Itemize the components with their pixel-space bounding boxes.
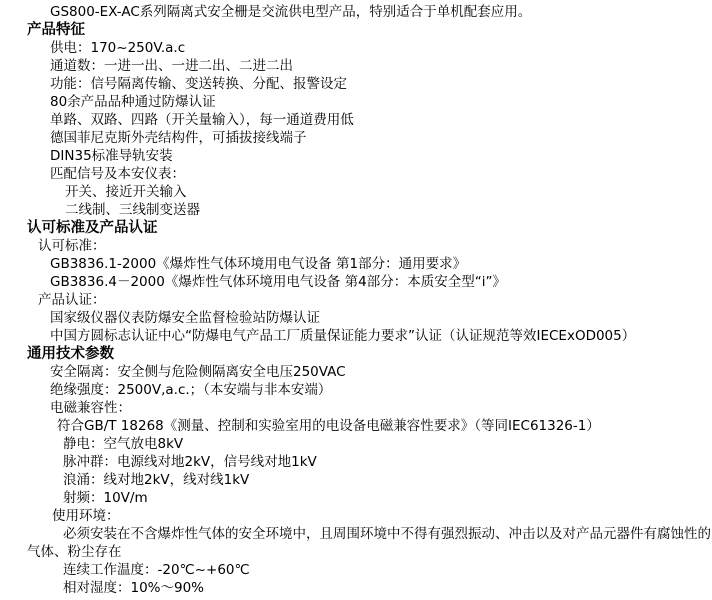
env-installation-requirement-wrap: 气体、粉尘存在: [0, 543, 712, 561]
spec-switch-input: 开关、接近开关输入: [0, 183, 712, 201]
param-insulation-strength: 绝缘强度：2500V,a.c.；（本安端与非本安端）: [0, 381, 712, 399]
param-esd: 静电：空气放电8kV: [0, 435, 712, 453]
param-emc-standard: 符合GB/T 18268《测量、控制和实验室用的电设备电磁兼容性要求》（等同IE…: [0, 417, 712, 435]
spec-housing: 德国菲尼克斯外壳结构件，可插拔接线端子: [0, 129, 712, 147]
heading-product-features: 产品特征: [0, 21, 712, 39]
heading-technical-params: 通用技术参数: [0, 345, 712, 363]
spec-power-supply: 供电：170~250V.a.c: [0, 39, 712, 57]
label-product-certification: 产品认证：: [0, 291, 712, 309]
heading-certification: 认可标准及产品认证: [0, 219, 712, 237]
standard-gb3836-1: GB3836.1-2000《爆炸性气体环境用电气设备 第1部分：通用要求》: [0, 255, 712, 273]
env-operating-temperature: 连续工作温度：-20℃~+60℃: [0, 561, 712, 579]
cert-national-inspection: 国家级仪器仪表防爆安全监督检验站防爆认证: [0, 309, 712, 327]
product-spec-document: GS800-EX-AC系列隔离式安全栅是交流供电型产品，特别适合于单机配套应用。…: [0, 0, 712, 597]
spec-matching-signals-label: 匹配信号及本安仪表：: [0, 165, 712, 183]
spec-explosion-proof-variants: 80余产品品种通过防爆认证: [0, 93, 712, 111]
standard-gb3836-4: GB3836.4－2000《爆炸性气体环境用电气设备 第4部分：本质安全型“i”…: [0, 273, 712, 291]
intro-line: GS800-EX-AC系列隔离式安全栅是交流供电型产品，特别适合于单机配套应用。: [0, 3, 712, 21]
env-relative-humidity: 相对湿度：10%～90%: [0, 579, 712, 597]
label-approved-standards: 认可标准：: [0, 237, 712, 255]
spec-channel-count: 通道数：一进一出、一进二出、二进二出: [0, 57, 712, 75]
param-safety-isolation: 安全隔离：安全侧与危险侧隔离安全电压250VAC: [0, 363, 712, 381]
spec-functions: 功能：信号隔离传输、变送转换、分配、报警设定: [0, 75, 712, 93]
param-rf: 射频：10V/m: [0, 489, 712, 507]
label-operating-environment: 使用环境：: [0, 507, 712, 525]
cert-china-compass-mark: 中国方圆标志认证中心“防爆电气产品工厂质量保证能力要求”认证（认证规范等效IEC…: [0, 327, 712, 345]
spec-channel-cost: 单路、双路、四路（开关量输入），每一通道费用低: [0, 111, 712, 129]
env-installation-requirement: 必须安装在不含爆炸性气体的安全环境中，且周围环境中不得有强烈振动、冲击以及对产品…: [0, 525, 712, 543]
spec-din-rail: DIN35标准导轨安装: [0, 147, 712, 165]
param-emc-label: 电磁兼容性：: [0, 399, 712, 417]
spec-transmitter-types: 二线制、三线制变送器: [0, 201, 712, 219]
param-burst: 脉冲群：电源线对地2kV，信号线对地1kV: [0, 453, 712, 471]
param-surge: 浪涌：线对地2kV，线对线1kV: [0, 471, 712, 489]
